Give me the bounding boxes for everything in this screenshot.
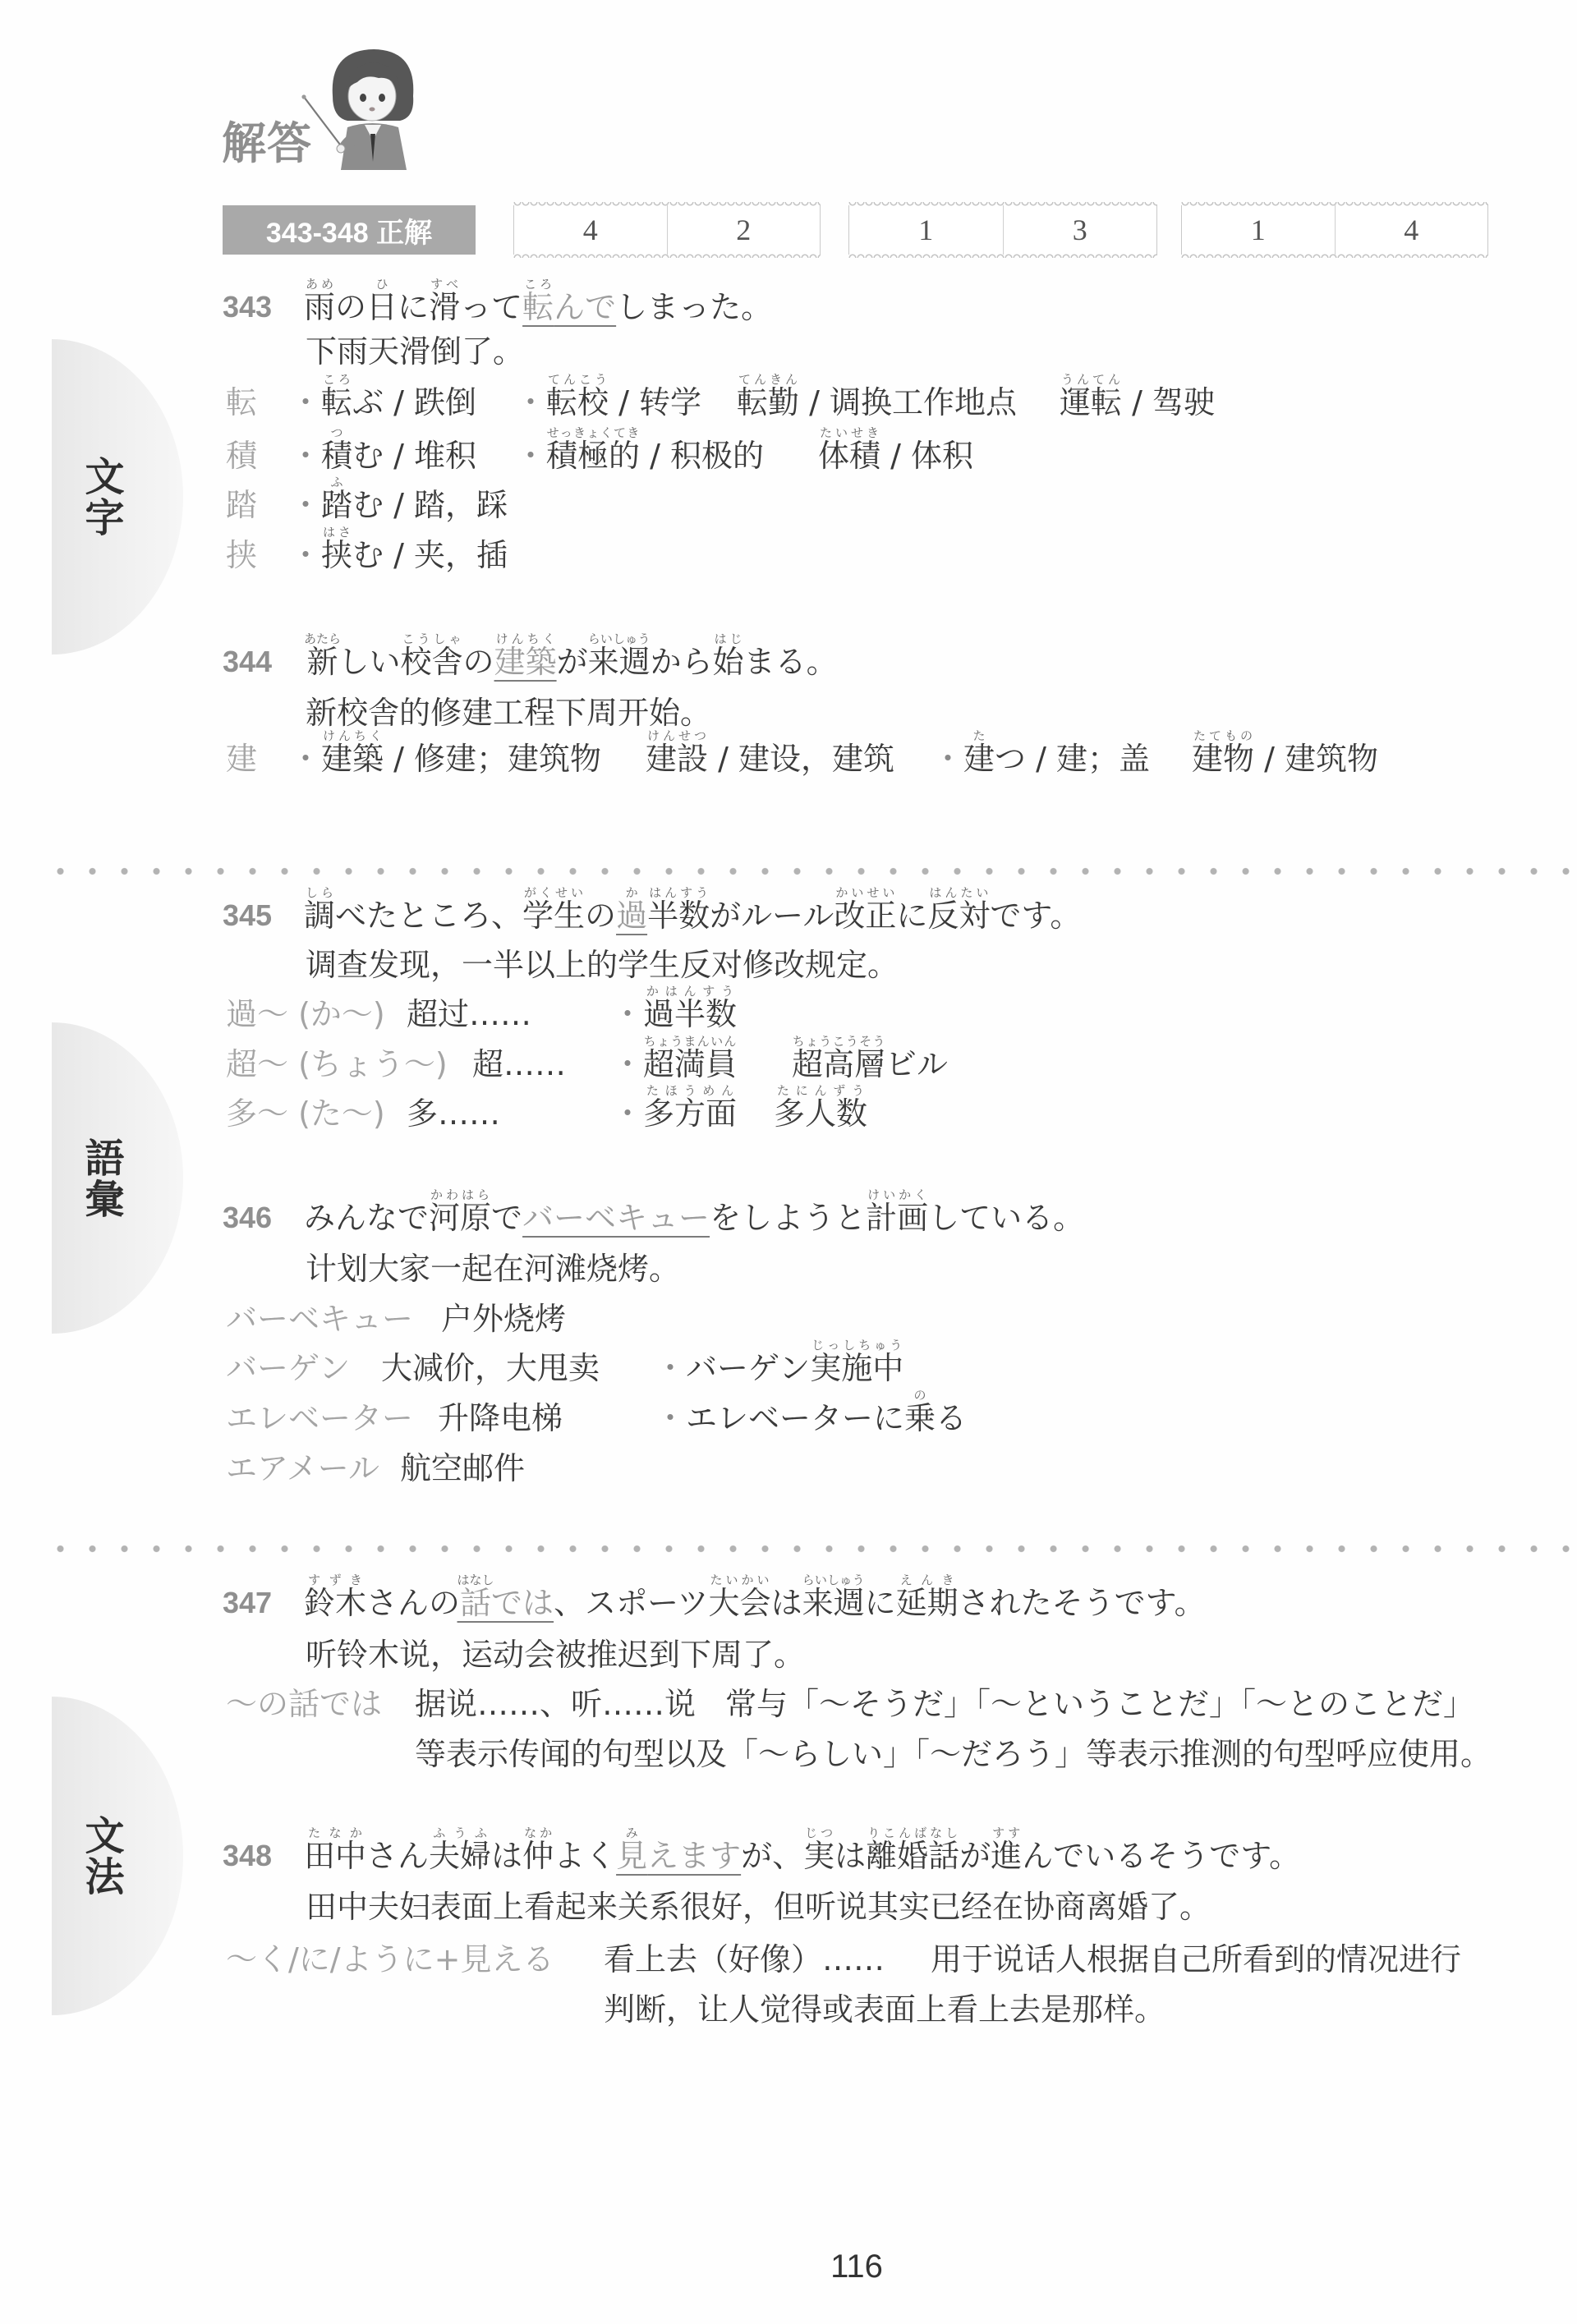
text-run: 転勤: [737, 384, 799, 420]
ruby-word: 反対はんたい: [927, 898, 990, 934]
ruby-word: 改正かいせい: [834, 898, 896, 934]
text-run: 挟: [321, 537, 352, 573]
furigana: たほうめん: [643, 1083, 737, 1098]
text-run: よく: [554, 1838, 616, 1874]
text-run: の: [585, 898, 616, 934]
text-run: 転校: [546, 384, 609, 420]
text-run: 進: [991, 1838, 1022, 1874]
grammar-meaning: 看上去（好像）……: [604, 1941, 885, 1977]
ruby-word: 来週らいしゅう: [588, 644, 651, 680]
question-translation: 下雨天滑倒了。: [306, 333, 524, 370]
text-run: 乗: [904, 1400, 936, 1436]
kanji-note-item: ・建たつ / 建；盖: [932, 728, 1150, 777]
furigana: りこんばなし: [866, 1826, 959, 1840]
text-run: ビル: [885, 1046, 948, 1082]
text-run: をしようと: [710, 1200, 866, 1236]
text-run: / 驾驶: [1122, 384, 1215, 420]
text-run: 多方面: [643, 1095, 737, 1132]
ruby-word: 運転うんてん: [1060, 384, 1122, 420]
text-run: 運転: [1060, 384, 1122, 420]
text-run: 田中: [304, 1838, 366, 1874]
text-run: の: [463, 644, 494, 680]
text-run: まる。: [744, 644, 838, 680]
question-number: 344: [223, 644, 272, 680]
vocab-label: エレベーター: [226, 1400, 413, 1436]
furigana: かいせい: [834, 885, 896, 900]
text-run: 計画: [866, 1200, 928, 1236]
kanji-note-label: 踏: [226, 487, 257, 523]
furigana: あたら: [304, 632, 341, 646]
question-translation: 听铃木说，运动会被推迟到下周了。: [306, 1637, 805, 1673]
ruby-word: 挟はさ: [321, 537, 352, 573]
ruby-word: 大会たいかい: [709, 1585, 771, 1621]
text-run: 半数: [647, 898, 710, 934]
text-run: 積: [321, 438, 352, 474]
vocab-label: エアメール: [226, 1450, 379, 1486]
ruby-word: 調しら: [304, 898, 335, 934]
furigana: てんきん: [737, 372, 799, 387]
bullet: ・: [932, 741, 963, 777]
bullet: ・: [290, 384, 321, 420]
ruby-word: 鈴木すずき: [304, 1585, 366, 1621]
text-run: に: [398, 289, 429, 325]
furigana: たいかい: [709, 1573, 771, 1587]
answer-group: 1 4: [1181, 205, 1488, 255]
furigana: み: [616, 1826, 647, 1840]
furigana: ちょうまんいん: [643, 1034, 737, 1049]
furigana: あめ: [304, 277, 335, 292]
text-run: から: [651, 644, 713, 680]
text-run: / 体积: [880, 438, 973, 474]
text-run: 夫婦: [429, 1838, 491, 1874]
grammar-label: ～く/に/ように+見える: [226, 1941, 554, 1977]
furigana: はさ: [321, 525, 352, 540]
question-sentence: 雨あめの日ひに滑すべって転ころんでしまった。: [304, 277, 772, 325]
furigana: はなし: [457, 1573, 494, 1587]
question-sentence: 鈴木すずきさんの話はなしでは、スポーツ大会たいかいは来週らいしゅうに延期えんきさ…: [304, 1573, 1206, 1621]
bullet: ・: [290, 741, 321, 777]
kanji-note-label: 転: [226, 384, 257, 420]
text-run: に: [896, 898, 927, 934]
text-run: 体積: [818, 438, 880, 474]
text-run: む / 踏，踩: [352, 487, 508, 523]
kanji-note-item: ・挟はさむ / 夹，插: [290, 525, 508, 573]
wavy-border: [1181, 202, 1488, 207]
kanji-note-item: 運転うんてん / 驾驶: [1060, 372, 1215, 420]
text-run: 建物: [1192, 741, 1254, 777]
kanji-note-item: ・踏ふむ / 踏，踩: [290, 475, 508, 523]
vocab-label: 多～ (た～): [226, 1095, 385, 1132]
dotted-separator: [44, 1545, 1577, 1553]
kanji-note-label: 積: [226, 438, 257, 474]
furigana: ひ: [366, 277, 398, 292]
text-run: む / 夹，插: [352, 537, 508, 573]
kanji-note-item: 建物たてもの / 建筑物: [1192, 728, 1378, 777]
ruby-word: 離婚話りこんばなし: [866, 1838, 959, 1874]
ruby-word: 多方面たほうめん: [643, 1095, 737, 1132]
furigana: かはんすう: [643, 984, 737, 999]
vocab-label: バーゲン: [226, 1350, 350, 1386]
page-number: 116: [824, 2247, 890, 2286]
underlined-answer-text: では: [491, 1585, 554, 1621]
vocab-example: ・超満員ちょうまんいん: [612, 1034, 737, 1082]
kanji-note-item: ・建築けんちく / 修建；建筑物: [290, 728, 601, 777]
underlined-answer-text: 建築: [494, 644, 557, 680]
furigana: らいしゅう: [802, 1573, 865, 1587]
ruby-word: 学生がくせい: [522, 898, 585, 934]
underlined-answer-text: 転: [522, 289, 554, 325]
furigana: たにんずう: [774, 1083, 867, 1098]
wavy-border: [513, 253, 821, 258]
kanji-note-item: 建設けんせつ / 建设，建筑: [646, 728, 894, 777]
bullet: ・: [612, 1046, 643, 1082]
text-run: 超高層: [792, 1046, 885, 1082]
bullet: ・: [515, 438, 546, 474]
section-tab-label: 文法: [81, 1815, 121, 1897]
section-tab-label: 文字: [81, 456, 121, 538]
ruby-word: 見み: [616, 1838, 647, 1874]
ruby-word: 田中たなか: [304, 1838, 366, 1874]
ruby-word: 積つ: [321, 438, 352, 474]
underlined-answer-text: えます: [647, 1838, 741, 1874]
answer-cell: 2: [667, 205, 821, 255]
text-run: さん: [366, 1838, 429, 1874]
ruby-word: 話はなし: [460, 1585, 491, 1621]
ruby-word: 過半数かはんすう: [643, 996, 737, 1032]
kanji-note-item: ・積つむ / 堆积: [290, 425, 476, 474]
text-run: は: [491, 1838, 522, 1874]
ruby-word: 滑すべ: [429, 289, 460, 325]
text-run: されたそうです。: [959, 1585, 1206, 1621]
ruby-word: 転ころ: [321, 384, 352, 420]
ruby-word: 延期えんき: [896, 1585, 959, 1621]
furigana: うんてん: [1060, 372, 1122, 387]
furigana: たなか: [304, 1826, 366, 1840]
text-run: みんなで: [304, 1200, 429, 1236]
ruby-word: 実施中じっしちゅう: [810, 1350, 903, 1386]
bullet: ・: [612, 1095, 643, 1132]
kanji-note-item: 転勤てんきん / 调换工作地点: [737, 372, 1017, 420]
ruby-word: 仲なか: [522, 1838, 554, 1874]
question-translation: 田中夫妇表面上看起来关系很好，但听说其实已经在协商离婚了。: [306, 1889, 1211, 1925]
text-run: さんの: [366, 1585, 460, 1621]
grammar-explanation: 判断，让人觉得或表面上看上去是那样。: [604, 1991, 1166, 2028]
furigana: ころ: [321, 372, 352, 387]
teacher-illustration-icon: [300, 45, 423, 177]
question-number: 345: [223, 898, 272, 934]
bullet: ・: [655, 1350, 686, 1386]
vocab-meaning: 户外烧烤: [441, 1301, 566, 1337]
kanji-note-item: ・転ころぶ / 跌倒: [290, 372, 476, 420]
answer-cell: 1: [1182, 205, 1335, 255]
furigana: かわはら: [429, 1187, 491, 1202]
text-run: は: [771, 1585, 802, 1621]
ruby-word: 来週らいしゅう: [802, 1585, 865, 1621]
kanji-note-label: 建: [226, 741, 257, 777]
furigana: はんすう: [647, 885, 710, 900]
furigana: すべ: [429, 277, 460, 292]
ruby-word: 乗の: [904, 1400, 936, 1436]
bullet: ・: [515, 384, 546, 420]
answer-cell: 4: [514, 205, 667, 255]
ruby-word: 超高層ちょうこうそう: [792, 1046, 885, 1082]
vocab-meaning: 超过……: [407, 996, 531, 1032]
text-run: 鈴木: [304, 1585, 366, 1621]
ruby-word: 転勤てんきん: [737, 384, 799, 420]
ruby-word: 積極的せっきょくてき: [546, 438, 640, 474]
ruby-word: 校舎こうしゃ: [401, 644, 463, 680]
text-run: 延期: [896, 1585, 959, 1621]
furigana: せっきょくてき: [546, 425, 640, 440]
text-run: 超満員: [643, 1046, 737, 1082]
answer-group: 1 3: [848, 205, 1157, 255]
page-title: 解答: [222, 117, 312, 171]
text-run: 大会: [709, 1585, 771, 1621]
furigana: か: [616, 885, 647, 900]
ruby-word: 半数はんすう: [647, 898, 710, 934]
answer-cell: 1: [849, 205, 1003, 255]
vocab-meaning: 大减价，大甩卖: [381, 1350, 600, 1386]
text-run: 日: [366, 289, 398, 325]
vocab-meaning: 升降电梯: [438, 1400, 563, 1436]
vocab-label: バーベキュー: [226, 1301, 413, 1337]
kanji-note-item: 体積たいせき / 体积: [818, 425, 973, 474]
furigana: ふ: [321, 475, 352, 489]
ruby-word: 建物たてもの: [1192, 741, 1254, 777]
ruby-word: 建設けんせつ: [646, 741, 708, 777]
ruby-word: 建築けんちく: [321, 741, 384, 777]
text-run: 学生: [522, 898, 585, 934]
wavy-border: [848, 253, 1157, 258]
furigana: すずき: [304, 1573, 366, 1587]
text-run: に: [865, 1585, 896, 1621]
text-run: 、スポーツ: [554, 1585, 708, 1621]
section-tab-label: 語彙: [81, 1137, 121, 1219]
text-run: の: [335, 289, 366, 325]
vocab-example: ・多方面たほうめん: [612, 1083, 737, 1132]
question-number: 343: [223, 289, 272, 325]
furigana: けんちく: [321, 728, 384, 743]
furigana: の: [904, 1388, 936, 1403]
text-run: 仲: [522, 1838, 554, 1874]
text-run: は: [834, 1838, 866, 1874]
furigana: こうしゃ: [401, 632, 463, 646]
text-run: 過半数: [643, 996, 737, 1032]
question-number: 346: [223, 1200, 272, 1236]
text-run: 離婚話: [866, 1838, 959, 1874]
furigana: じっしちゅう: [810, 1338, 903, 1353]
question-sentence: みんなで河原かわはらでバーベキューをしようと計画けいかくしている。: [304, 1187, 1084, 1236]
text-run: 建設: [646, 741, 708, 777]
text-run: 始: [713, 644, 744, 680]
text-run: ぶ / 跌倒: [352, 384, 476, 420]
question-translation: 新校舎的修建工程下周开始。: [306, 695, 711, 731]
grammar-label: ～の話では: [226, 1686, 382, 1722]
text-run: 建築: [321, 741, 384, 777]
text-run: 来週: [588, 644, 651, 680]
ruby-word: 新あたら: [304, 644, 338, 680]
ruby-word: 実じつ: [803, 1838, 834, 1874]
ruby-word: 転ころ: [522, 289, 554, 325]
dotted-separator: [44, 867, 1577, 875]
furigana: なか: [522, 1826, 554, 1840]
vocab-label: 超～ (ちょう～): [226, 1046, 448, 1082]
text-run: している。: [928, 1200, 1084, 1236]
question-sentence: 新あたらしい校舎こうしゃの建築けんちくが来週らいしゅうから始はじまる。: [304, 632, 838, 680]
furigana: てんこう: [546, 372, 609, 387]
text-run: 実施中: [810, 1350, 903, 1386]
text-run: が、: [741, 1838, 803, 1874]
ruby-word: 過か: [616, 898, 647, 934]
kanji-note-item: ・転校てんこう / 转学: [515, 372, 701, 420]
question-translation: 计划大家一起在河滩烧烤。: [306, 1251, 680, 1287]
text-run: / 转学: [609, 384, 701, 420]
text-run: る: [936, 1400, 967, 1436]
furigana: けいかく: [866, 1187, 928, 1202]
underlined-answer-text: んで: [554, 289, 616, 325]
wavy-border: [848, 202, 1157, 207]
furigana: けんちく: [494, 632, 557, 646]
ruby-word: 始はじ: [713, 644, 744, 680]
grammar-explanation: 常与「～そうだ」「～ということだ」「～とのことだ」: [725, 1686, 1474, 1722]
text-run: つ / 建；盖: [995, 741, 1150, 777]
bullet: ・: [290, 438, 321, 474]
answer-range-label: 343-348 正解: [223, 205, 476, 255]
furigana: らいしゅう: [588, 632, 651, 646]
answer-page: 文字 語彙 文法 解答 343-348 正解 4 2 1 3 1: [0, 0, 1577, 2324]
ruby-word: 建築けんちく: [494, 644, 557, 680]
question-translation: 调查发现，一半以上的学生反对修改规定。: [306, 947, 899, 983]
text-run: しい: [338, 644, 401, 680]
bullet: ・: [290, 537, 321, 573]
underlined-answer-text: バーベキュー: [522, 1200, 710, 1236]
furigana: えんき: [896, 1573, 959, 1587]
text-run: です。: [990, 898, 1081, 934]
text-run: / 修建；建筑物: [384, 741, 601, 777]
vocab-meaning: 超……: [472, 1046, 566, 1082]
text-run: がルール: [710, 898, 834, 934]
furigana: ころ: [522, 277, 554, 292]
text-run: 雨: [304, 289, 335, 325]
text-run: 実: [803, 1838, 834, 1874]
furigana: つ: [321, 425, 352, 440]
answer-cell: 3: [1003, 205, 1157, 255]
kanji-note-label: 挟: [226, 537, 257, 573]
ruby-word: 踏ふ: [321, 487, 352, 523]
vocab-example: ・バーゲン実施中じっしちゅう: [655, 1338, 903, 1386]
furigana: た: [963, 728, 995, 743]
vocab-example: 多人数たにんずう: [774, 1083, 867, 1132]
vocab-example: ・過半数かはんすう: [612, 984, 737, 1032]
ruby-word: 日ひ: [366, 289, 398, 325]
ruby-word: 進すす: [991, 1838, 1022, 1874]
ruby-word: 体積たいせき: [818, 438, 880, 474]
text-run: 転: [321, 384, 352, 420]
ruby-word: 多人数たにんずう: [774, 1095, 867, 1132]
vocab-meaning: 航空邮件: [400, 1450, 525, 1486]
text-run: 来週: [802, 1585, 865, 1621]
bullet: ・: [290, 487, 321, 523]
text-run: 調: [304, 898, 335, 934]
ruby-word: 雨あめ: [304, 289, 335, 325]
grammar-explanation: 用于说话人根据自己所看到的情况进行: [931, 1941, 1461, 1977]
answer-cell: 4: [1335, 205, 1488, 255]
text-run: んでいるそうです。: [1022, 1838, 1300, 1874]
text-run: 多人数: [774, 1095, 867, 1132]
section-tab-moji: 文字: [52, 339, 183, 654]
text-run: / 建设，建筑: [708, 741, 894, 777]
kanji-note-item: ・積極的せっきょくてき / 积极的: [515, 425, 764, 474]
text-run: / 调换工作地点: [799, 384, 1017, 420]
underlined-answer-text: 過: [616, 898, 647, 934]
ruby-word: 河原かわはら: [429, 1200, 491, 1236]
furigana: すす: [991, 1826, 1022, 1840]
question-sentence: 調しらべたところ、学生がくせいの過か半数はんすうがルール改正かいせいに反対はんた…: [304, 885, 1081, 934]
text-run: 滑: [429, 289, 460, 325]
wavy-border: [1181, 253, 1488, 258]
question-number: 347: [223, 1585, 272, 1621]
underlined-answer-text: 見: [616, 1838, 647, 1874]
text-run: / 积极的: [640, 438, 764, 474]
text-run: 積極的: [546, 438, 640, 474]
text-run: バーゲン: [686, 1350, 810, 1386]
section-tab-goi: 語彙: [52, 1022, 183, 1334]
ruby-word: 転校てんこう: [546, 384, 609, 420]
text-run: が: [557, 644, 588, 680]
text-run: 改正: [834, 898, 896, 934]
question-sentence: 田中たなかさん夫婦ふうふは仲なかよく見みえますが、実じつは離婚話りこんばなしが進…: [304, 1826, 1300, 1874]
furigana: はんたい: [927, 885, 990, 900]
text-run: が: [959, 1838, 991, 1874]
text-run: 踏: [321, 487, 352, 523]
text-run: む / 堆积: [352, 438, 476, 474]
text-run: 建: [963, 741, 995, 777]
bullet: ・: [655, 1400, 686, 1436]
text-run: 校舎: [401, 644, 463, 680]
wavy-border: [513, 202, 821, 207]
bullet: ・: [612, 996, 643, 1032]
furigana: じつ: [803, 1826, 834, 1840]
grammar-explanation: 等表示传闻的句型以及「～らしい」「～だろう」等表示推测的句型呼应使用。: [415, 1736, 1492, 1772]
vocab-label: 過～ (か～): [226, 996, 385, 1032]
question-number: 348: [223, 1838, 272, 1874]
text-run: エレベーターに: [686, 1400, 904, 1436]
text-run: / 建筑物: [1254, 741, 1378, 777]
ruby-word: 計画けいかく: [866, 1200, 928, 1236]
ruby-word: 夫婦ふうふ: [429, 1838, 491, 1874]
vocab-example: 超高層ちょうこうそうビル: [792, 1034, 948, 1082]
furigana: たてもの: [1192, 728, 1254, 743]
text-run: で: [491, 1200, 522, 1236]
section-tab-bunpou: 文法: [52, 1697, 183, 2015]
text-run: 新: [304, 644, 341, 680]
ruby-word: 建た: [963, 741, 995, 777]
furigana: しら: [304, 885, 335, 900]
text-run: って: [460, 289, 522, 325]
text-run: 反対: [927, 898, 990, 934]
vocab-meaning: 多……: [407, 1095, 500, 1132]
furigana: ふうふ: [429, 1826, 491, 1840]
text-run: 河原: [429, 1200, 491, 1236]
text-run: べたところ、: [335, 898, 522, 934]
answer-group: 4 2: [513, 205, 821, 255]
ruby-word: 超満員ちょうまんいん: [643, 1046, 737, 1082]
furigana: がくせい: [522, 885, 585, 900]
text-run: しまった。: [616, 289, 772, 325]
furigana: たいせき: [818, 425, 880, 440]
furigana: けんせつ: [646, 728, 708, 743]
vocab-example: ・エレベーターに乗のる: [655, 1388, 967, 1436]
